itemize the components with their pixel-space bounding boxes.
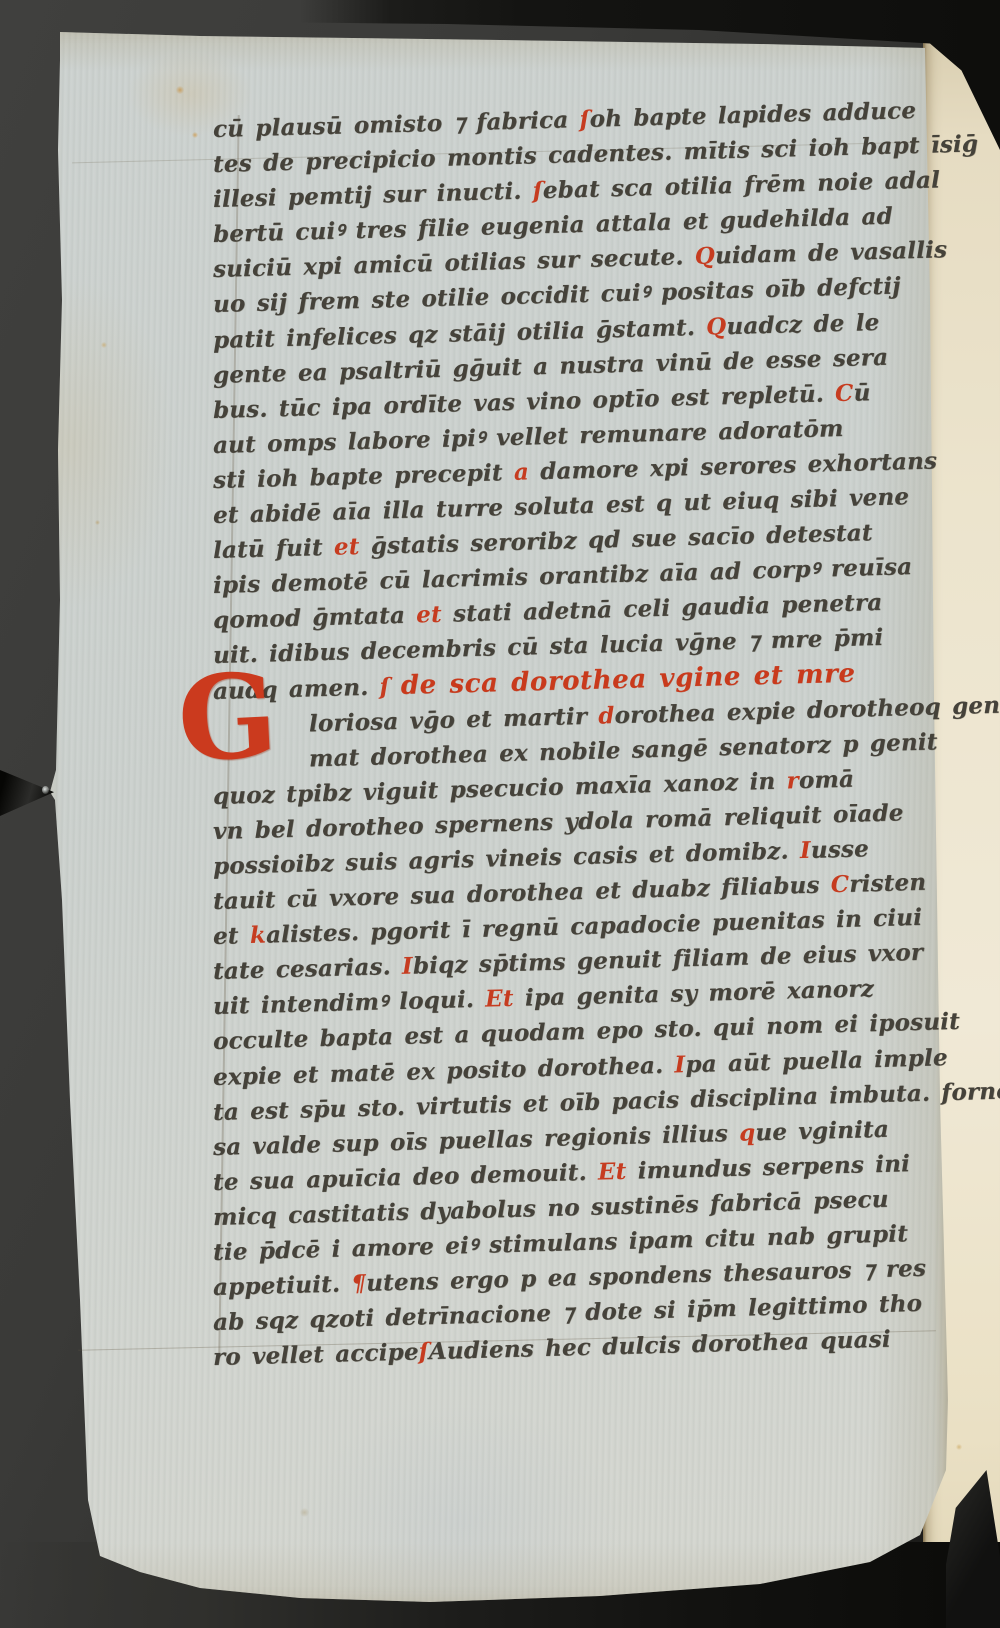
red-text: q (739, 1119, 756, 1146)
ink-text: orothea expie dorotheoq geniti (614, 691, 1000, 729)
ink-text: sti ioh bapte precepit (213, 459, 515, 494)
red-text: et (334, 533, 360, 561)
red-text: I (402, 953, 414, 980)
red-text: Q (706, 313, 727, 341)
ink-text: pa aūt puella imple (685, 1044, 948, 1078)
ink-text: qomod ḡmtata (213, 602, 417, 634)
red-text: Q (694, 243, 715, 271)
red-text: ſ (579, 106, 590, 133)
ink-text: usse (810, 835, 869, 864)
ink-text: illesi pemtij sur inucti. (213, 178, 533, 214)
ink-text: ū (853, 379, 871, 406)
ink-text: ro vellet accipe (213, 1339, 419, 1372)
ink-text: uidam de vasallis (715, 237, 948, 270)
ink-text: uit intendimꝰ loqui. (213, 986, 486, 1020)
red-text: d (598, 702, 615, 729)
foxing-spot (101, 342, 107, 348)
text-block: cū plausū omisto ⁊ fabrica ſoh bapte lap… (213, 112, 958, 1375)
red-text: ¶ (351, 1270, 367, 1297)
ink-text: tate cesarias. (213, 953, 403, 985)
ink-text: risten (849, 869, 927, 898)
red-text: r (786, 767, 799, 794)
ink-text: Audiens hec dulcis dorothea quasi (428, 1326, 891, 1365)
ink-text: omā (799, 765, 855, 793)
red-text: Et (485, 985, 514, 1013)
manuscript-photo: cū plausū omisto ⁊ fabrica ſoh bapte lap… (0, 0, 1000, 1628)
red-text: ſ (379, 672, 401, 700)
red-text: ſ (418, 1338, 429, 1365)
red-text: Et (598, 1158, 627, 1186)
ink-text: cū plausū omisto ⁊ fabrica (213, 106, 580, 143)
ink-text: imundus serpens ini (626, 1150, 910, 1185)
red-text: I (799, 837, 811, 864)
initial-G: G (175, 665, 279, 770)
foxing-spot (176, 86, 184, 94)
ink-text: ue vginita (755, 1115, 889, 1146)
foxing-spot (192, 132, 198, 138)
foxing-spot (956, 1444, 962, 1450)
red-text: a (514, 458, 530, 485)
red-text: C (835, 379, 854, 406)
ink-text: et (213, 922, 251, 950)
red-text: ſ (532, 177, 543, 204)
bookmark-clip-highlight (42, 786, 49, 794)
red-text: I (674, 1051, 686, 1078)
red-text: k (249, 922, 266, 949)
ink-text: loriosa vḡo et martir (309, 702, 599, 737)
ink-text: oh bapte lapides adduce (589, 97, 916, 133)
ink-text: latū fuit (213, 534, 335, 564)
ink-text: appetiuit. (213, 1270, 352, 1301)
red-text: C (830, 871, 849, 898)
ink-text: uadcz de le (726, 309, 880, 340)
foxing-spot (300, 1508, 309, 1517)
foxing-spot (95, 520, 100, 525)
red-text: et (416, 601, 442, 629)
